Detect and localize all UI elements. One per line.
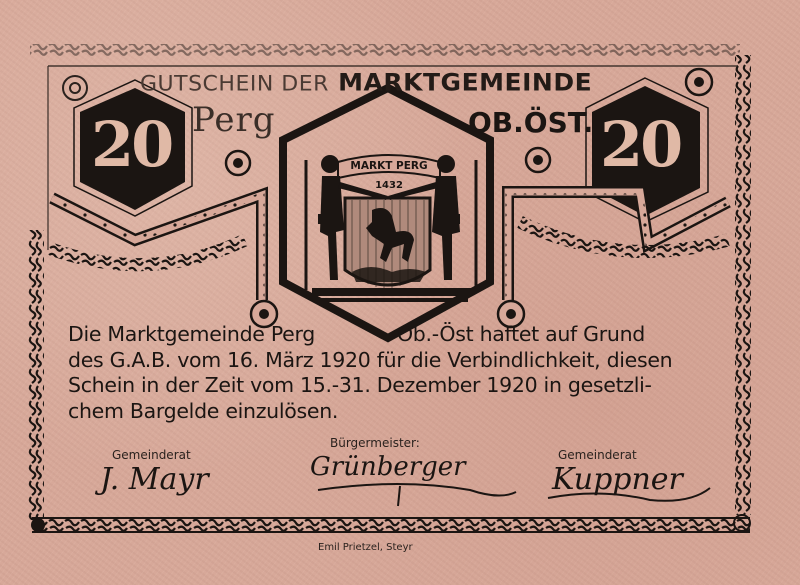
town-name: Perg	[192, 100, 276, 140]
crest-year: 1432	[338, 180, 440, 191]
guarantee-text: Die Marktgemeinde PergOb.-Öst haftet auf…	[68, 322, 718, 424]
signature-label-center: Bürgermeister:	[330, 436, 420, 450]
signature-label-right: Gemeinderat	[558, 448, 637, 462]
signature-left: J. Mayr	[100, 462, 209, 497]
denomination-left: 20	[91, 108, 171, 181]
title-main: MARKTGEMEINDE	[338, 69, 592, 97]
body-line-1: Die Marktgemeinde PergOb.-Öst haftet auf…	[68, 322, 718, 348]
signature-right: Kuppner	[552, 462, 683, 497]
denomination-right: 20	[600, 108, 680, 181]
crest-banner: MARKT PERG	[338, 160, 440, 172]
signature-label-left: Gemeinderat	[112, 448, 191, 462]
note-title: GUTSCHEIN DER MARKTGEMEINDE	[140, 69, 592, 97]
body-line-4: chem Bargelde einzulösen.	[68, 399, 718, 425]
title-prefix: GUTSCHEIN DER	[140, 73, 329, 97]
body-line-3: Schein in der Zeit vom 15.-31. Dezember …	[68, 373, 718, 399]
body-line-2: des G.A.B. vom 16. März 1920 für die Ver…	[68, 348, 718, 374]
printer-imprint: Emil Prietzel, Steyr	[318, 542, 413, 553]
region-name: OB.ÖST.	[468, 106, 593, 139]
signature-center: Grünberger	[310, 452, 466, 482]
